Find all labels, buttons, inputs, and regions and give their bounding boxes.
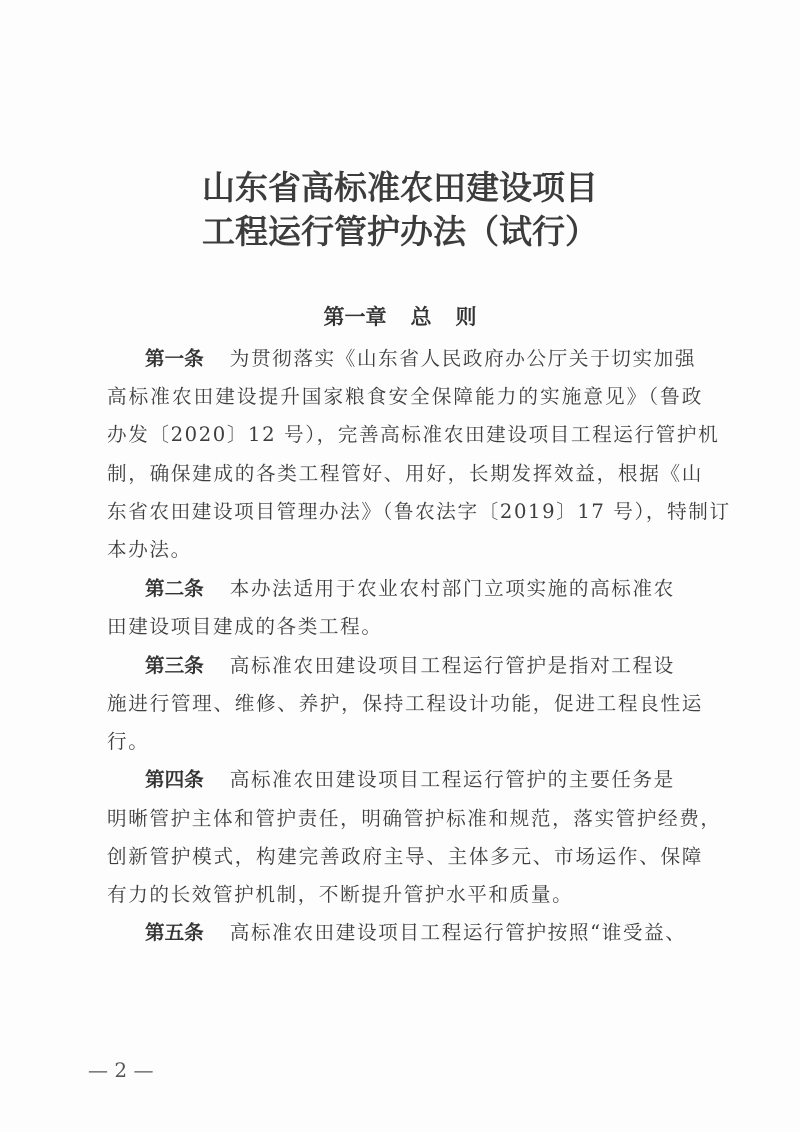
- article-1-line-5: 东省农田建设项目管理办法》（鲁农法字〔2019〕17 号），特制订: [107, 497, 703, 527]
- article-5-line-1: 第五条高标准农田建设项目工程运行管护按照“谁受益、: [145, 918, 703, 948]
- article-5-label: 第五条: [145, 921, 204, 944]
- article-4-line-4: 有力的长效管护机制，不断提升管护水平和质量。: [107, 880, 703, 910]
- chapter-heading: 第一章总则: [0, 302, 800, 332]
- article-1-line-4: 制，确保建成的各类工程管好、用好，长期发挥效益，根据《山: [107, 459, 703, 489]
- article-5-text-1: 高标准农田建设项目工程运行管护按照“谁受益、: [230, 921, 687, 944]
- article-1-text-1: 为贯彻落实《山东省人民政府办公厅关于切实加强: [230, 347, 696, 370]
- article-2-line-2: 田建设项目建成的各类工程。: [107, 612, 703, 642]
- article-4-text-1: 高标准农田建设项目工程运行管护的主要任务是: [230, 768, 675, 791]
- chapter-name-part-1: 总: [411, 305, 432, 329]
- article-4-line-2: 明晰管护主体和管护责任，明确管护标准和规范，落实管护经费，: [107, 804, 703, 834]
- article-4-line-3: 创新管护模式，构建完善政府主导、主体多元、市场运作、保障: [107, 842, 703, 872]
- document-page: 山东省高标准农田建设项目 工程运行管护办法（试行） 第一章总则 第一条为贯彻落实…: [0, 0, 800, 1132]
- article-1-line-6: 本办法。: [107, 535, 703, 565]
- document-title-line-2: 工程运行管护办法（试行）: [0, 212, 800, 252]
- article-3-line-2: 施进行管理、维修、养护，保持工程设计功能，促进工程良性运: [107, 689, 703, 719]
- article-2-line-1: 第二条本办法适用于农业农村部门立项实施的高标准农: [145, 574, 703, 604]
- chapter-number: 第一章: [324, 305, 387, 329]
- document-title-line-1: 山东省高标准农田建设项目: [0, 168, 800, 208]
- page-number: — 2 —: [88, 1058, 153, 1082]
- article-1-line-3: 办发〔2020〕12 号），完善高标准农田建设项目工程运行管护机: [107, 420, 703, 450]
- article-3-text-1: 高标准农田建设项目工程运行管护是指对工程设: [230, 654, 675, 677]
- article-1-label: 第一条: [145, 347, 204, 370]
- article-3-label: 第三条: [145, 654, 204, 677]
- article-3-line-3: 行。: [107, 727, 703, 757]
- article-4-line-1: 第四条高标准农田建设项目工程运行管护的主要任务是: [145, 765, 703, 795]
- chapter-name-part-2: 则: [456, 305, 477, 329]
- article-1-line-2: 高标准农田建设提升国家粮食安全保障能力的实施意见》（鲁政: [107, 382, 703, 412]
- article-1-line-1: 第一条为贯彻落实《山东省人民政府办公厅关于切实加强: [145, 344, 703, 374]
- article-4-label: 第四条: [145, 768, 204, 791]
- article-2-label: 第二条: [145, 577, 204, 600]
- article-2-text-1: 本办法适用于农业农村部门立项实施的高标准农: [230, 577, 675, 600]
- article-3-line-1: 第三条高标准农田建设项目工程运行管护是指对工程设: [145, 651, 703, 681]
